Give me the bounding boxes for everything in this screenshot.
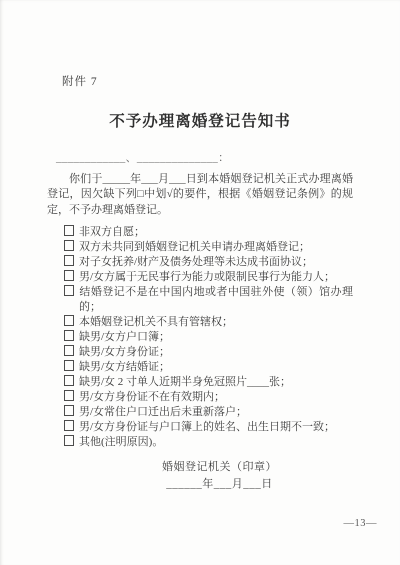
- checklist-item-label: 缺男/女方结婚证；: [79, 361, 170, 373]
- document-content: 附件 7 不予办理离婚登记告知书 ____________、__________…: [0, 0, 400, 492]
- intro-paragraph: 你们于_____年___月___日到本婚姻登记机关正式办理离婚登记，因欠缺下列□…: [47, 172, 353, 218]
- checklist-item-label: 缺男/女方户口簿；: [79, 331, 170, 343]
- checklist-item-label: 结婚登记不是在中国内地或者中国驻外使（领）馆办理的；: [79, 286, 353, 313]
- checklist-item: 非双方自愿；: [64, 225, 353, 240]
- checklist-item: 本婚姻登记机关不具有管辖权；: [64, 315, 353, 330]
- signature-block: 婚姻登记机关（印章） ______年___月___日: [162, 459, 277, 492]
- checkbox-icon: [64, 435, 74, 446]
- checklist-item: 男/女方身份证与户口簿上的姓名、出生日期不一致；: [64, 420, 353, 435]
- checklist-item-label: 缺男/女方身份证；: [79, 346, 170, 358]
- checklist-item: 缺男/女方户口簿；: [64, 330, 353, 345]
- checklist-item: 男/女常住户口迁出后未重新落户；: [64, 405, 353, 420]
- checkbox-icon: [64, 255, 74, 266]
- checklist-item: 缺男/女 2 寸单人近期半身免冠照片____张；: [64, 375, 353, 390]
- checklist: 非双方自愿； 双方未共同到婚姻登记机关申请办理离婚登记； 对子女抚养/财产及债务…: [64, 225, 353, 450]
- page-number: —13—: [344, 518, 378, 529]
- checklist-item: 其他(注明原因)。: [64, 435, 353, 450]
- checkbox-icon: [64, 315, 74, 326]
- checkbox-icon: [64, 390, 74, 401]
- checklist-item-label: 缺男/女 2 寸单人近期半身免冠照片____张；: [79, 376, 291, 388]
- checkbox-icon: [64, 270, 74, 281]
- checkbox-icon: [64, 375, 74, 386]
- signature-org: 婚姻登记机关（印章）: [162, 459, 277, 476]
- checklist-item-label: 非双方自愿；: [79, 226, 145, 238]
- checklist-item-label: 男/女方属于无民事行为能力或限制民事行为能力人；: [79, 271, 335, 283]
- page-title: 不予办理离婚登记告知书: [47, 112, 353, 132]
- checklist-item-label: 男/女方身份证不在有效期内；: [79, 391, 225, 403]
- checklist-item: 缺男/女方身份证；: [64, 345, 353, 360]
- checkbox-icon: [64, 330, 74, 341]
- checkbox-icon: [64, 285, 74, 296]
- checklist-item-label: 对子女抚养/财产及债务处理等未达成书面协议；: [79, 256, 313, 268]
- checklist-item: 缺男/女方结婚证；: [64, 360, 353, 375]
- checkbox-icon: [64, 405, 74, 416]
- checkbox-icon: [64, 360, 74, 371]
- checklist-item: 对子女抚养/财产及债务处理等未达成书面协议；: [64, 255, 353, 270]
- salutation-line: ____________、______________：: [56, 151, 353, 166]
- checklist-item-label: 其他(注明原因)。: [79, 436, 163, 448]
- checklist-item: 双方未共同到婚姻登记机关申请办理离婚登记；: [64, 240, 353, 255]
- document-page: 附件 7 不予办理离婚登记告知书 ____________、__________…: [0, 0, 400, 565]
- checkbox-icon: [64, 225, 74, 236]
- checklist-item-label: 双方未共同到婚姻登记机关申请办理离婚登记；: [79, 241, 310, 253]
- checklist-item: 男/女方身份证不在有效期内；: [64, 390, 353, 405]
- checklist-item: 结婚登记不是在中国内地或者中国驻外使（领）馆办理的；: [64, 285, 353, 315]
- attachment-label: 附件 7: [62, 0, 353, 89]
- signature-date: ______年___月___日: [162, 476, 277, 493]
- checkbox-icon: [64, 345, 74, 356]
- checklist-item-label: 男/女常住户口迁出后未重新落户；: [79, 406, 247, 418]
- checklist-item-label: 本婚姻登记机关不具有管辖权；: [79, 316, 233, 328]
- checkbox-icon: [64, 420, 74, 431]
- checklist-item: 男/女方属于无民事行为能力或限制民事行为能力人；: [64, 270, 353, 285]
- checkbox-icon: [64, 240, 74, 251]
- checklist-item-label: 男/女方身份证与户口簿上的姓名、出生日期不一致；: [79, 421, 335, 433]
